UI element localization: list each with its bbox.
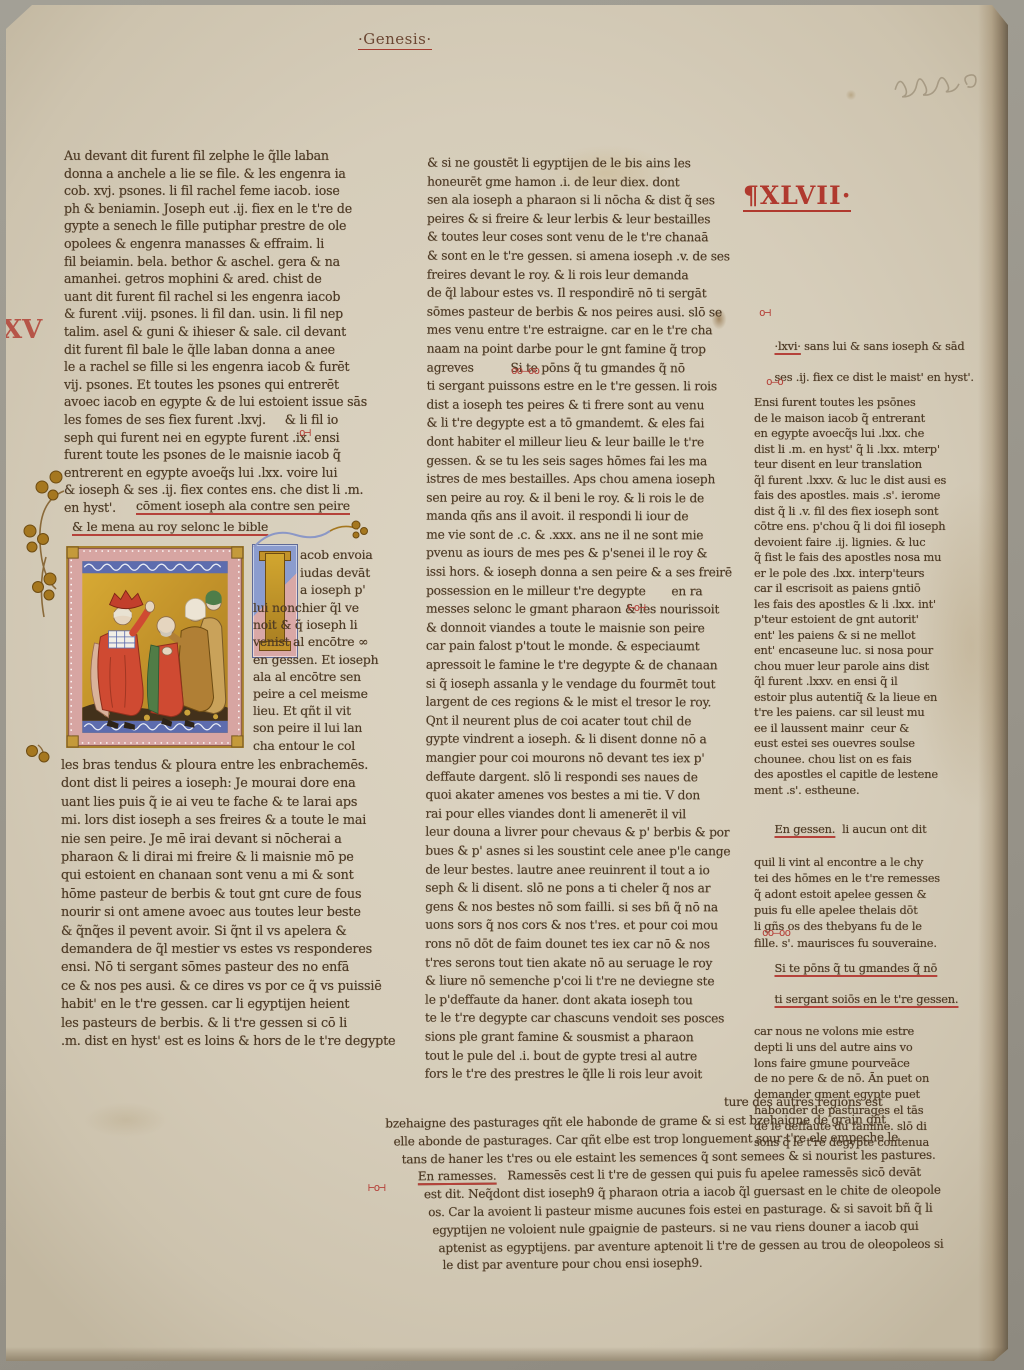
bottom-lemma: En ramesses. (418, 1169, 497, 1184)
page-bottom-shadow (6, 1347, 1008, 1361)
manuscript-photo: ·Genesis· ¶XLVII· XV Au devant dit furen… (0, 0, 1024, 1370)
header-title: ·Genesis· (358, 30, 432, 50)
gloss-note-1: ·lxvi· sans lui & sans ioseph & sād ses … (754, 323, 980, 401)
tie-mark: ⊢o⊣ (368, 1181, 385, 1194)
margin-chapter-mark: XV (2, 315, 42, 345)
double-mark: o—o (766, 375, 783, 388)
tie-mark: ⊢o⊣ (628, 601, 645, 614)
left-rubric-line1: cōment ioseph ala contre sen peire (136, 498, 350, 513)
chapter-number: ¶XLVII· (743, 181, 851, 210)
gloss-1-line2: ses .ij. fiex ce dist le maist' en hyst'… (775, 370, 974, 384)
gloss-4-ul2: ti sergant soiōs en le t're gessen. (775, 992, 959, 1006)
gloss-4-ul1: Si te pōns q̃ tu gmandes q̃ nō (775, 961, 938, 975)
page-header-genesis: ·Genesis· (358, 29, 432, 48)
left-rubric-line2: & le mena au roy selonc le bible (72, 519, 268, 534)
left-column-beside-miniature-b: lui nonchier q̃l ve noit & q̃ ioseph li … (253, 599, 378, 754)
book-edge-shadow (978, 5, 1008, 1361)
bottom-line0: ture des autres regions est (724, 1094, 882, 1112)
parchment-page: ·Genesis· ¶XLVII· XV Au devant dit furen… (6, 5, 1008, 1361)
long-mark: oo—oo (762, 926, 790, 939)
gloss-3-rest: li aucun ont dit (835, 822, 926, 836)
gloss-note-2: Ensi furent toutes les psōnes de le mais… (754, 395, 980, 798)
gloss-1-rest: sans lui & sans ioseph & sād (801, 339, 965, 353)
pilcrow-mark: o⊣ (759, 306, 770, 319)
bottom-lemma-rest: Ramessēs cest li t're de gessen qui puis… (496, 1165, 921, 1183)
double-mark: oo—oo (511, 364, 539, 377)
gloss-3-lemma: En gessen. (775, 822, 836, 836)
left-column-beside-miniature-a: acob envoia iudas devāt a ioseph p' (300, 546, 373, 599)
gloss-1-lemma: ·lxvi· (775, 339, 801, 353)
left-column-text-lower: les bras tendus & ploura entre les enbra… (61, 757, 406, 1052)
middle-column-text: & si ne goustēt li egyptijen de le bis a… (425, 154, 759, 1085)
pilcrow-mark: o⊣ (299, 426, 310, 439)
bottom-commentary-block: bzehaigne des pasturages qñt ele habonde… (373, 1110, 982, 1275)
margin-ivy-sprig (16, 461, 74, 791)
miniature-joseph-presents-jacob (66, 546, 244, 748)
left-column-text: Au devant dit furent fil zelphe le q̃lle… (64, 147, 404, 516)
